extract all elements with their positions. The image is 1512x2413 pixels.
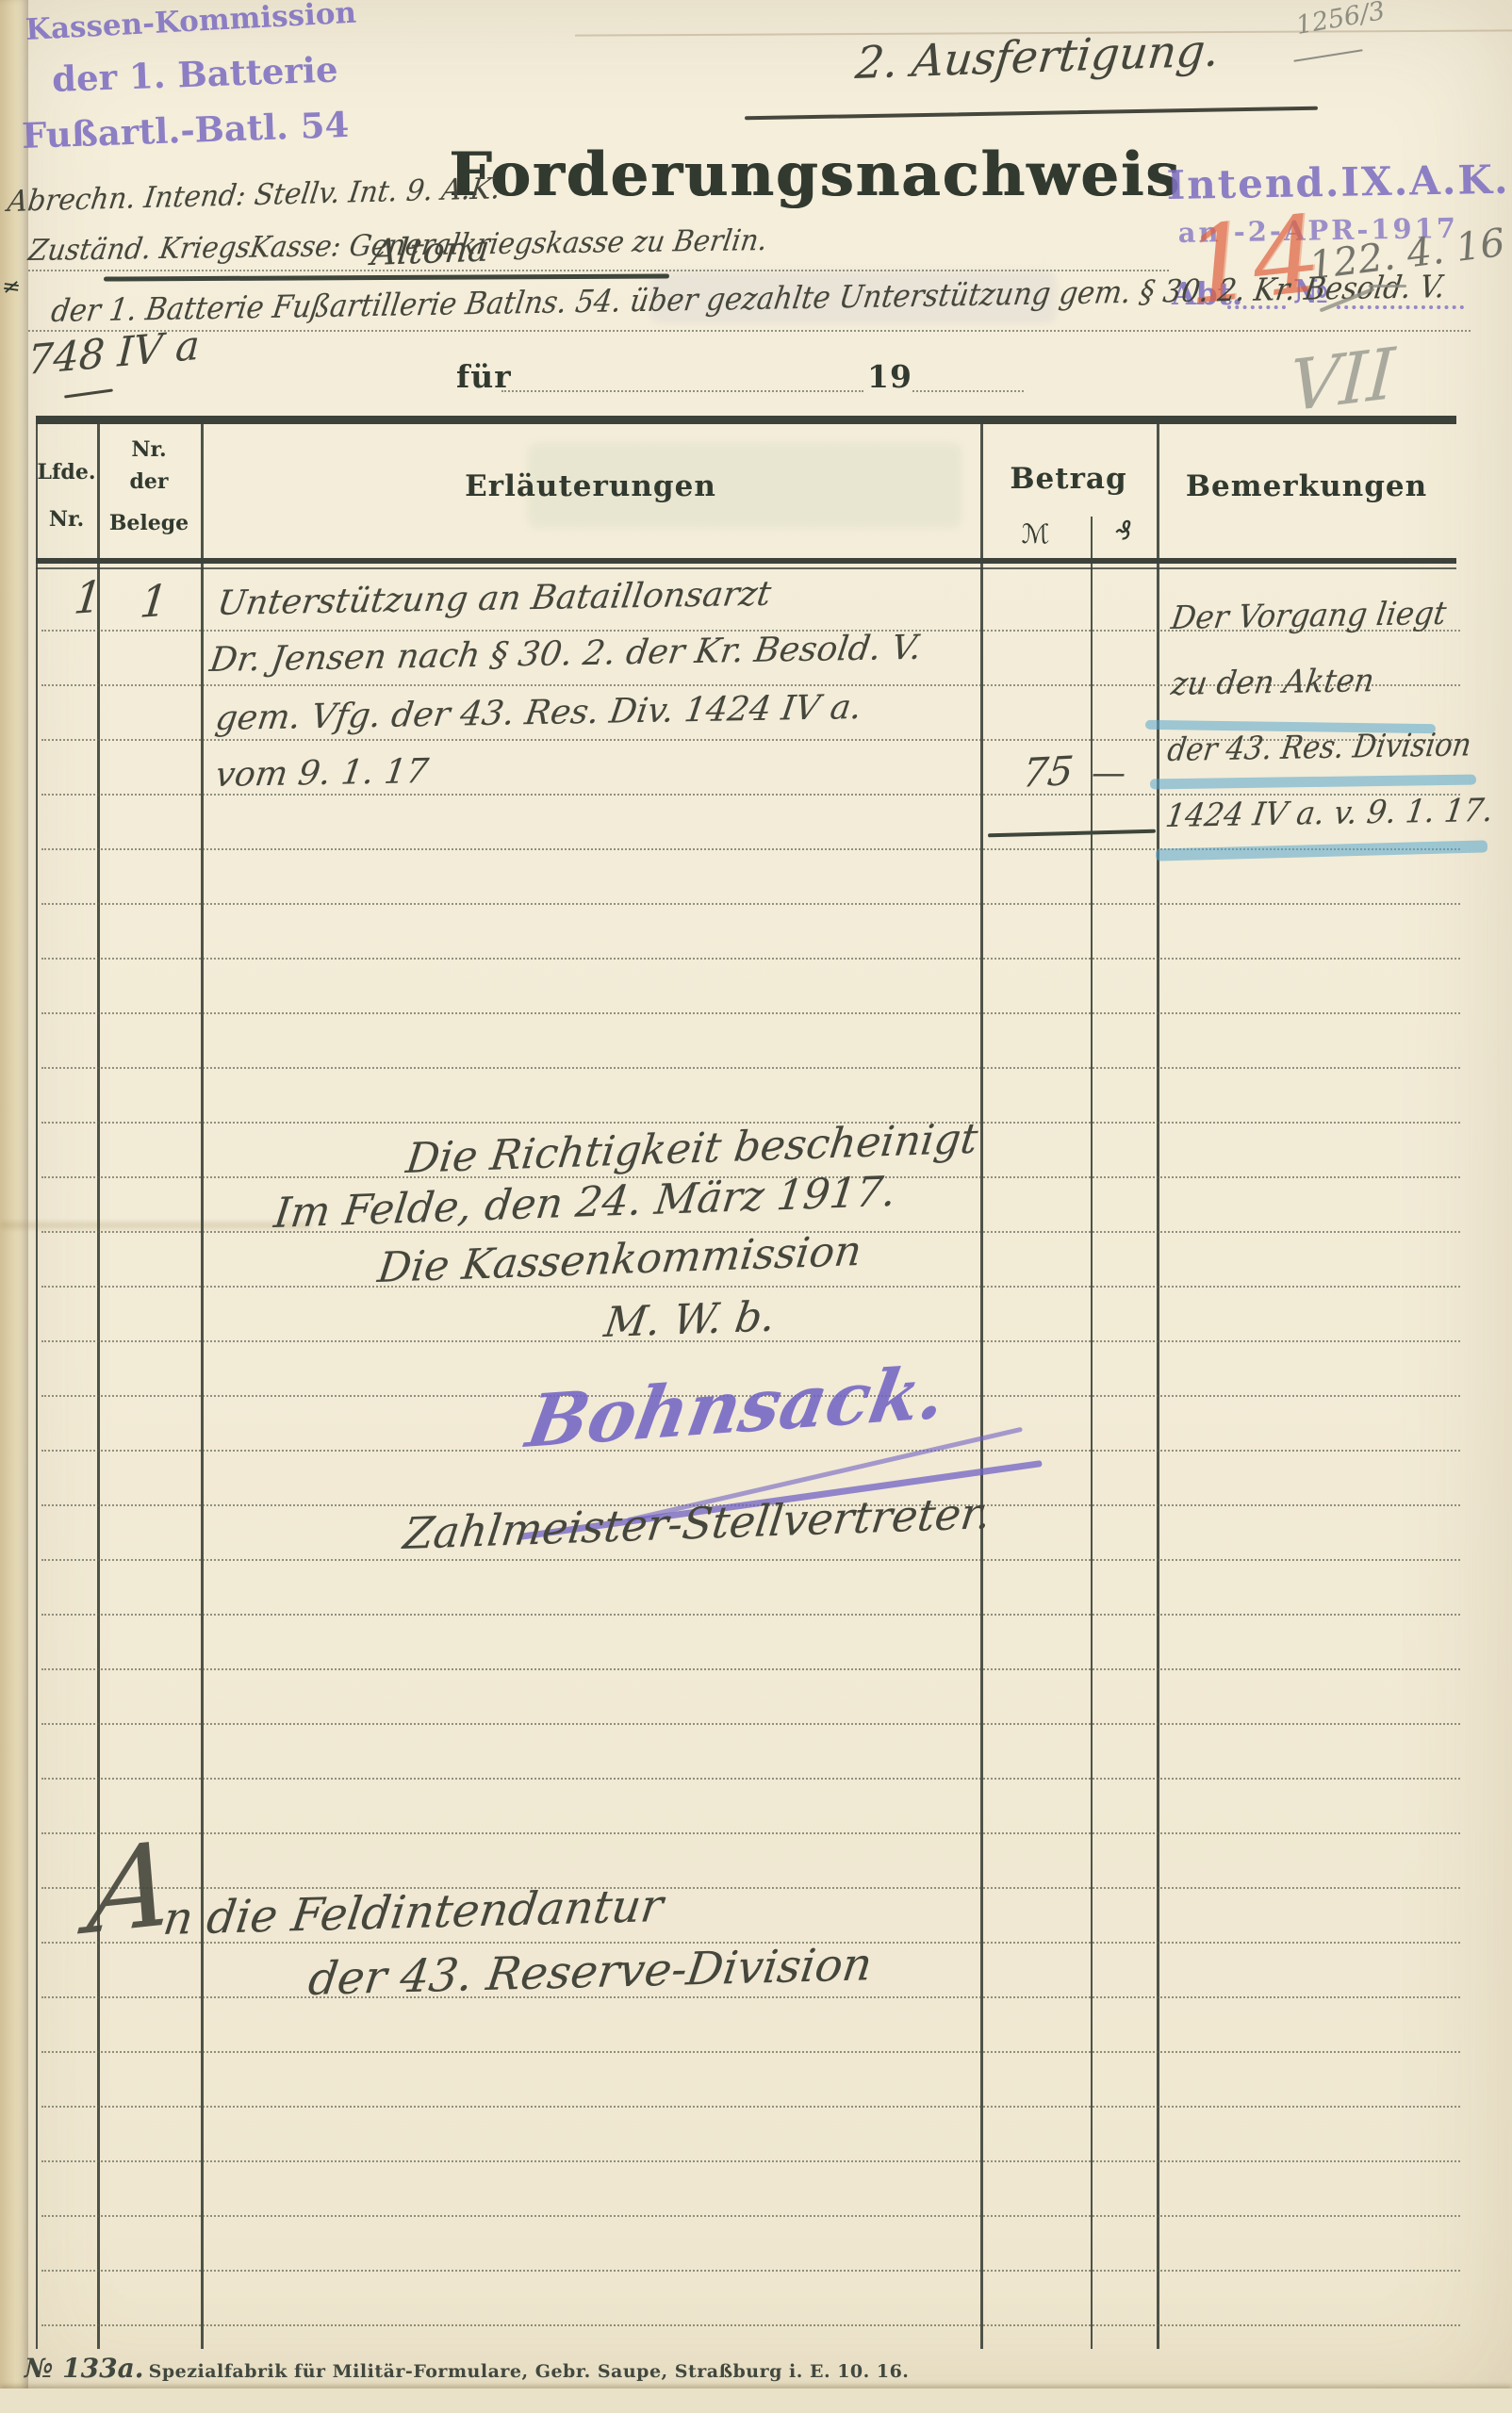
header-beleg-line3: Belege	[97, 511, 201, 535]
body-dotted-rule	[41, 2194, 1460, 2217]
corner-pencil-number: 1256/3	[1294, 0, 1388, 41]
footer-form-number: № 133a.	[25, 2353, 144, 2384]
body-dotted-rule	[41, 882, 1460, 905]
fuer-dotted-rule	[501, 368, 863, 392]
header-bemerkungen: Bemerkungen	[1157, 469, 1456, 503]
unit-stamp-line2: der 1. Batterie	[51, 48, 338, 100]
body-dotted-rule	[41, 1757, 1460, 1780]
table-top-rule	[36, 416, 1456, 424]
header-betrag: Betrag	[980, 462, 1157, 496]
header-mark-sign: ℳ	[980, 518, 1091, 550]
copy-note-underline	[745, 107, 1318, 121]
entry-erlaeuterung-line: vom 9. 1. 17	[213, 752, 431, 795]
body-dotted-rule	[41, 1812, 1460, 1834]
bottom-paper-edge	[0, 2388, 1512, 2413]
entry-lfde-nr: 1	[72, 570, 105, 624]
entry-betrag-mark: 75	[1020, 747, 1076, 796]
year-label: 19	[867, 358, 912, 395]
certification-initials: M. W. b.	[601, 1292, 779, 1347]
header-lfde-line1: Lfde.	[36, 460, 97, 484]
body-dotted-rule	[41, 1702, 1460, 1725]
entry-bemerkung-line: zu den Akten	[1169, 662, 1376, 703]
document-title: Forderungsnachweis	[449, 140, 1181, 210]
table-header-bottom-thin-rule	[36, 567, 1456, 569]
body-dotted-rule	[41, 1101, 1460, 1124]
unit-stamp-line3: Fußartl.-Batl. 54	[21, 104, 349, 156]
body-dotted-rule	[41, 992, 1460, 1014]
footer-printer-line: Spezialfabrik für Militär-Formulare, Geb…	[149, 2361, 910, 2382]
corner-number-underline	[1293, 49, 1362, 62]
document-page: Kassen-Kommission der 1. Batterie Fußart…	[0, 0, 1512, 2413]
kriegskasse-underline	[104, 273, 669, 281]
table-left-border	[36, 424, 38, 2349]
entry-bemerkung-line: Der Vorgang liegt	[1169, 595, 1449, 637]
entry-bemerkung-line: 1424 IV a. v. 9. 1. 17.	[1163, 792, 1496, 835]
header-beleg-line2: der	[97, 469, 201, 494]
header-pfennig-sign: ₰	[1091, 515, 1157, 546]
body-dotted-rule	[41, 2304, 1460, 2326]
entry-betrag-pfennig: —	[1092, 754, 1126, 793]
body-dotted-rule	[41, 2085, 1460, 2108]
header-erlaeuterungen: Erläuterungen	[201, 469, 980, 503]
body-dotted-rule	[41, 1046, 1460, 1069]
table-header-bottom-rule	[36, 558, 1456, 564]
body-dotted-rule	[41, 937, 1460, 960]
pencil-note-vii: VII	[1288, 333, 1397, 428]
unit-stamp-line1: Kassen-Kommission	[25, 0, 357, 47]
pencil-stroke	[1369, 285, 1406, 287]
body-dotted-rule	[41, 2140, 1460, 2162]
left-paper-fold	[0, 0, 28, 2413]
body-dotted-rule	[41, 1648, 1460, 1670]
intendantur-stamp-line1: Intend.IX.A.K.	[1166, 156, 1510, 208]
body-dotted-rule	[41, 2030, 1460, 2053]
file-note-underline	[64, 388, 113, 398]
kriegskasse-dotted-rule	[28, 247, 1169, 271]
margin-reference-mark: ≠	[0, 272, 23, 302]
abrechnung-line: Abrechn. Intend: Stellv. Int. 9. A.K.	[6, 172, 502, 219]
subject-dotted-rule	[28, 307, 1471, 332]
body-dotted-rule	[41, 1593, 1460, 1616]
footer-imprint: № 133a. Spezialfabrik für Militär-Formul…	[25, 2353, 909, 2384]
body-dotted-rule	[41, 2249, 1460, 2272]
header-lfde-line2: Nr.	[36, 507, 97, 532]
year-dotted-rule	[912, 368, 1024, 392]
header-beleg-line1: Nr.	[97, 437, 201, 462]
body-dotted-rule	[41, 1866, 1460, 1889]
entry-beleg-nr: 1	[138, 574, 171, 628]
